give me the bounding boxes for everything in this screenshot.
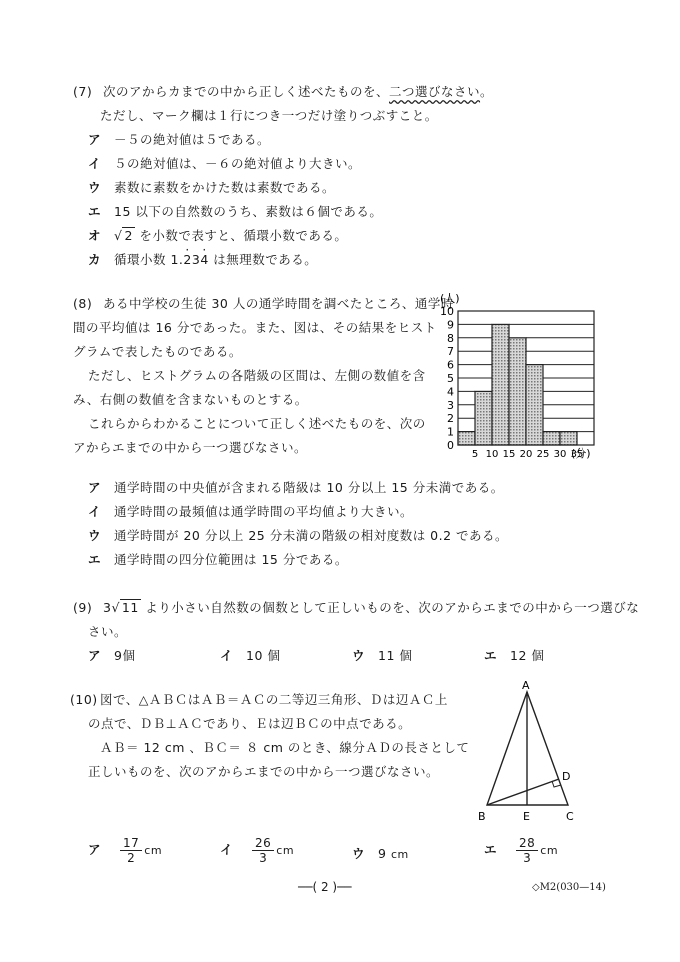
sqrt-symbol: √ — [111, 600, 119, 615]
option-label: エ — [484, 646, 510, 664]
option-label: イ — [220, 840, 246, 858]
x-tick-label: 5 — [472, 449, 478, 460]
q10-line-1: (10)図で、△ＡＢＣはＡＢ＝ＡＣの二等辺三角形、Ｄは辺ＡＣ上 — [70, 690, 448, 708]
option-text: 12 個 — [510, 648, 544, 663]
q9-option-i[interactable]: イ10 個 — [220, 646, 280, 664]
q10-line-2: の点で、ＤＢ⊥ＡＣであり、Ｅは辺ＢＣの中点である。 — [88, 714, 411, 732]
y-tick-label: 4 — [447, 385, 454, 398]
unit: cm — [276, 844, 294, 857]
q7-prompt-text: 次のアからカまでの中から正しく述べたものを、 — [103, 84, 389, 99]
option-label: ウ — [88, 178, 114, 196]
option-label: ア — [88, 646, 114, 664]
option-label: ウ — [352, 646, 378, 664]
q10-option-e[interactable]: エ283cm — [484, 836, 558, 865]
repeat-digit-end: 4 — [200, 252, 208, 267]
option-text: 11 個 — [378, 648, 412, 663]
q7-option-i[interactable]: イ５の絶対値は、－６の絶対値より大きい。 — [88, 154, 361, 172]
q9-text: より小さい自然数の個数として正しいものを、次のアからエまでの中から一つ選びな — [141, 600, 639, 615]
q7-emphasis: 二つ選びなさい — [389, 84, 480, 99]
repeat-digit-start: 2 — [183, 252, 191, 267]
option-label: ア — [88, 840, 114, 858]
option-text: 通学時間が 20 分以上 25 分未満の階級の相対度数は 0.2 である。 — [114, 528, 508, 543]
numerator: 26 — [252, 836, 274, 851]
q8-line-5: み、右側の数値を含まないものとする。 — [73, 390, 308, 408]
option-label: ア — [88, 130, 114, 148]
fraction: 172 — [120, 836, 142, 865]
q8-line-3: グラムで表したものである。 — [73, 342, 242, 360]
option-text: 通学時間の中央値が含まれる階級は 10 分以上 15 分未満である。 — [114, 480, 504, 495]
option-text: 10 個 — [246, 648, 280, 663]
y-tick-label: 9 — [447, 318, 454, 331]
q9-number: (9) — [73, 600, 103, 615]
page-number: ──( 2 )── — [298, 880, 352, 894]
denominator: 3 — [259, 851, 267, 865]
option-text: 15 以下の自然数のうち、素数は６個である。 — [114, 204, 382, 219]
numerator: 28 — [516, 836, 538, 851]
option-text: 通学時間の四分位範囲は 15 分である。 — [114, 552, 348, 567]
q8-line-6: これらからわかることについて正しく述べたものを、次の — [88, 414, 426, 432]
q7-option-u[interactable]: ウ素数に素数をかけた数は素数である。 — [88, 178, 335, 196]
q7-number: (7) — [73, 84, 103, 99]
point-c-label: C — [566, 810, 574, 823]
histogram-bar — [492, 324, 509, 445]
q8-line-2: 間の平均値は 16 分であった。また、図は、その結果をヒスト — [73, 318, 437, 336]
q8-option-u[interactable]: ウ通学時間が 20 分以上 25 分未満の階級の相対度数は 0.2 である。 — [88, 526, 508, 544]
q9-prompt-cont: さい。 — [88, 622, 127, 640]
option-label: エ — [88, 550, 114, 568]
y-tick-label: 1 — [447, 426, 454, 439]
decimal-prefix: 循環小数 1. — [114, 252, 183, 267]
y-tick-label: 10 — [440, 305, 454, 318]
denominator: 3 — [523, 851, 531, 865]
fraction: 263 — [252, 836, 274, 865]
triangle-figure: A B C D E — [470, 670, 600, 830]
x-tick-label: 25 — [537, 449, 550, 460]
option-label: ア — [88, 478, 114, 496]
histogram-bar — [543, 432, 560, 445]
histogram-plot: 0123456789105101520253035 — [440, 305, 594, 460]
unit: cm — [144, 844, 162, 857]
histogram-bar — [475, 391, 492, 445]
histogram-chart: (人) 0123456789105101520253035 (分) — [420, 288, 620, 468]
denominator: 2 — [127, 851, 135, 865]
q10-text: 図で、△ＡＢＣはＡＢ＝ＡＣの二等辺三角形、Ｄは辺ＡＣ上 — [100, 692, 448, 707]
q10-line-4: 正しいものを、次のアからエまでの中から一つ選びなさい。 — [88, 762, 439, 780]
y-tick-label: 7 — [447, 345, 454, 358]
q8-option-i[interactable]: イ通学時間の最頻値は通学時間の平均値より大きい。 — [88, 502, 413, 520]
option-text: －５の絶対値は５である。 — [114, 132, 270, 147]
option-label: ウ — [352, 844, 378, 862]
q8-option-a[interactable]: ア通学時間の中央値が含まれる階級は 10 分以上 15 分未満である。 — [88, 478, 504, 496]
q8-number: (8) — [73, 296, 103, 311]
x-tick-label: 15 — [503, 449, 516, 460]
option-label: イ — [220, 646, 246, 664]
histogram-bar — [458, 432, 475, 445]
option-text: ５の絶対値は、－６の絶対値より大きい。 — [114, 156, 361, 171]
x-tick-label: 30 — [554, 449, 567, 460]
option-label: ウ — [88, 526, 114, 544]
q10-number: (10) — [70, 692, 100, 707]
y-tick-label: 8 — [447, 332, 454, 345]
q8-text: ある中学校の生徒 30 人の通学時間を調べたところ、通学時 — [103, 296, 454, 311]
x-tick-label: 10 — [486, 449, 499, 460]
option-label: オ — [88, 226, 114, 244]
option-label: エ — [88, 202, 114, 220]
y-tick-label: 5 — [447, 372, 454, 385]
unit: cm — [391, 848, 409, 861]
option-label: エ — [484, 840, 510, 858]
numerator: 17 — [120, 836, 142, 851]
y-tick-label: 2 — [447, 412, 454, 425]
q8-line-4: ただし、ヒストグラムの各階級の区間は、左側の数値を含 — [88, 366, 426, 384]
option-text: は無理数である。 — [209, 252, 317, 267]
histogram-bar — [560, 432, 577, 445]
q7-option-o[interactable]: オ√2 を小数で表すと、循環小数である。 — [88, 226, 347, 244]
q10-option-i[interactable]: イ263cm — [220, 836, 294, 865]
q9-option-e[interactable]: エ12 個 — [484, 646, 544, 664]
point-e-label: E — [523, 810, 530, 823]
y-tick-label: 6 — [447, 359, 454, 372]
option-label: イ — [88, 502, 114, 520]
q10-line-3: ＡＢ＝ 12 cm 、ＢＣ＝ ８ cm のとき、線分ＡＤの長さとして — [100, 738, 469, 756]
option-text: 素数に素数をかけた数は素数である。 — [114, 180, 335, 195]
y-tick-label: 3 — [447, 399, 454, 412]
q7-option-ka[interactable]: カ循環小数 1.234 は無理数である。 — [88, 250, 317, 268]
sqrt-radicand: 2 — [122, 227, 134, 243]
q7-option-e[interactable]: エ15 以下の自然数のうち、素数は６個である。 — [88, 202, 382, 220]
q10-option-a[interactable]: ア172cm — [88, 836, 162, 865]
fraction: 283 — [516, 836, 538, 865]
exam-code: ◇M2(030—14) — [532, 882, 606, 893]
option-text: を小数で表すと、循環小数である。 — [135, 228, 347, 243]
option-text: 9個 — [114, 648, 135, 663]
option-label: イ — [88, 154, 114, 172]
option-label: カ — [88, 250, 114, 268]
x-axis-label: (分) — [571, 446, 591, 460]
q8-line-1: (8)ある中学校の生徒 30 人の通学時間を調べたところ、通学時 — [73, 294, 454, 312]
y-tick-label: 0 — [447, 439, 454, 452]
y-axis-label: (人) — [440, 292, 460, 305]
q8-line-7: アからエまでの中から一つ選びなさい。 — [73, 438, 307, 456]
q9-radicand: 11 — [120, 599, 141, 615]
q7-prompt-end: 。 — [480, 84, 493, 99]
option-text: 通学時間の最頻値は通学時間の平均値より大きい。 — [114, 504, 413, 519]
q10-option-u[interactable]: ウ9 cm — [352, 844, 409, 862]
q9-option-a[interactable]: ア9個 — [88, 646, 135, 664]
point-a-label: A — [522, 679, 530, 692]
histogram-bar — [509, 338, 526, 445]
x-tick-label: 20 — [520, 449, 533, 460]
unit: cm — [540, 844, 558, 857]
point-b-label: B — [478, 810, 486, 823]
segment-bd — [487, 779, 559, 805]
q7-note: ただし、マーク欄は１行につき一つだけ塗りつぶすこと。 — [100, 106, 438, 124]
q7-option-a[interactable]: ア－５の絶対値は５である。 — [88, 130, 270, 148]
histogram-bar — [526, 365, 543, 445]
q9-option-u[interactable]: ウ11 個 — [352, 646, 412, 664]
point-d-label: D — [562, 770, 570, 783]
q8-option-e[interactable]: エ通学時間の四分位範囲は 15 分である。 — [88, 550, 348, 568]
q7-prompt: (7)次のアからカまでの中から正しく述べたものを、二つ選びなさい。 — [73, 82, 493, 100]
option-value: 9 — [378, 846, 386, 861]
q9-prompt: (9)3√11 より小さい自然数の個数として正しいものを、次のアからエまでの中か… — [73, 598, 639, 616]
